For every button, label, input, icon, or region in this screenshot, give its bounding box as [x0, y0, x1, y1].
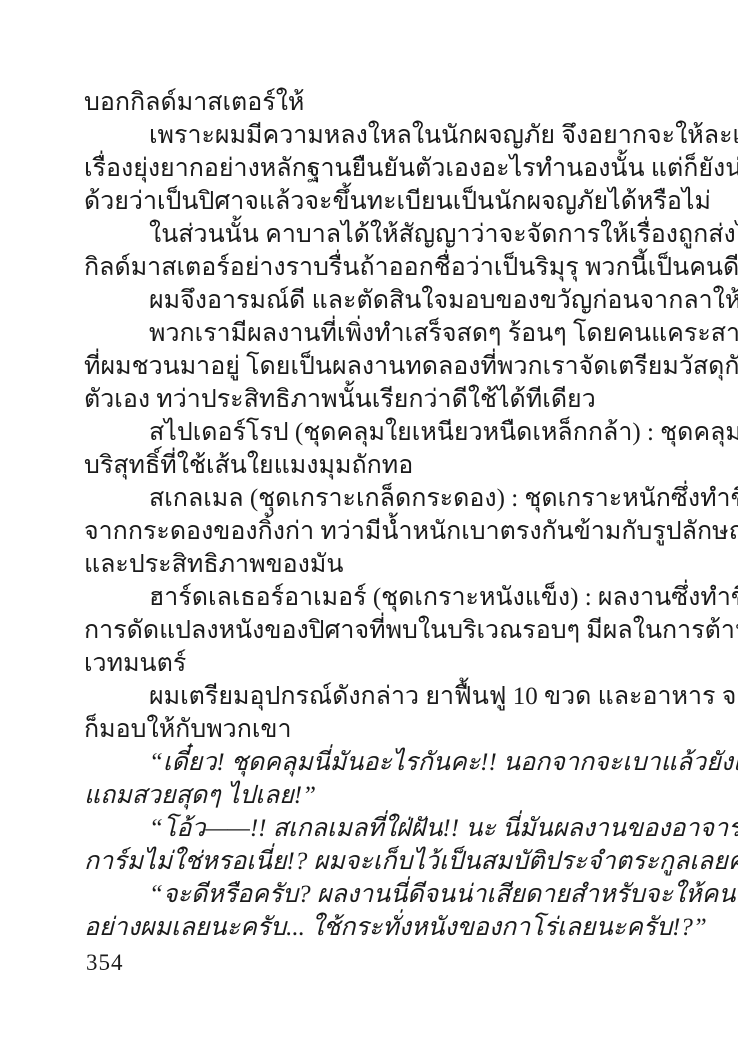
text-line: สเกลเมล (ชุดเกราะเกล็ดกระดอง) : ชุดเกราะ…	[84, 482, 656, 515]
text-line: ฮาร์ดเลเธอร์อาเมอร์ (ชุดเกราะหนังแข็ง) :…	[84, 581, 656, 614]
text-line: ก็มอบให้กับพวกเขา	[84, 713, 656, 746]
text-line: แถมสวยสุดๆ ไปเลย!”	[84, 779, 656, 812]
text-line: ในส่วนนั้น คาบาลได้ให้สัญญาว่าจะจัดการให…	[84, 218, 656, 251]
text-line: ด้วยว่าเป็นปิศาจแล้วจะขึ้นทะเบียนเป็นนัก…	[84, 185, 656, 218]
text-line: เรื่องยุ่งยากอย่างหลักฐานยืนยันตัวเองอะไ…	[84, 152, 656, 185]
text-line: และประสิทธิภาพของมัน	[84, 548, 656, 581]
text-line: เวทมนตร์	[84, 647, 656, 680]
text-line: ที่ผมชวนมาอยู่ โดยเป็นผลงานทดลองที่พวกเร…	[84, 350, 656, 383]
text-line: อย่างผมเลยนะครับ... ใช้กระทั่งหนังของกาโ…	[84, 911, 656, 944]
text-line: “เดี๋ยว! ชุดคลุมนี่มันอะไรกันคะ!! นอกจาก…	[84, 746, 656, 779]
text-line: ผมเตรียมอุปกรณ์ดังกล่าว ยาฟื้นฟู 10 ขวด …	[84, 680, 656, 713]
text-line: การ์มไม่ใช่หรอเนี่ย!? ผมจะเก็บไว้เป็นสมบ…	[84, 845, 656, 878]
book-page: บอกกิลด์มาสเตอร์ให้เพราะผมมีความหลงใหลใน…	[0, 0, 738, 1051]
text-line: ผมจึงอารมณ์ดี และตัดสินใจมอบของขวัญก่อนจ…	[84, 284, 656, 317]
text-line: การดัดแปลงหนังของปิศาจที่พบในบริเวณรอบๆ …	[84, 614, 656, 647]
text-line: บริสุทธิ์ที่ใช้เส้นใยแมงมุมถักทอ	[84, 449, 656, 482]
text-line: เพราะผมมีความหลงใหลในนักผจญภัย จึงอยากจะ…	[84, 119, 656, 152]
text-line: พวกเรามีผลงานที่เพิ่งทำเสร็จสดๆ ร้อนๆ โด…	[84, 317, 656, 350]
text-line: จากกระดองของกิ้งก่า ทว่ามีน้ำหนักเบาตรงก…	[84, 515, 656, 548]
text-line: สไปเดอร์โรป (ชุดคลุมใยเหนียวหนืดเหล็กกล้…	[84, 416, 656, 449]
text-line: “จะดีหรือครับ? ผลงานนี่ดีจนน่าเสียดายสำห…	[84, 878, 656, 911]
page-number: 354	[86, 950, 124, 976]
text-line: บอกกิลด์มาสเตอร์ให้	[84, 86, 656, 119]
text-line: กิลด์มาสเตอร์อย่างราบรื่นถ้าออกชื่อว่าเป…	[84, 251, 656, 284]
text-line: ตัวเอง ทว่าประสิทธิภาพนั้นเรียกว่าดีใช้ไ…	[84, 383, 656, 416]
text-line: “โอ้ว——!! สเกลเมลที่ใฝ่ฝัน!! นะ นี่มันผล…	[84, 812, 656, 845]
body-text: บอกกิลด์มาสเตอร์ให้เพราะผมมีความหลงใหลใน…	[84, 86, 656, 944]
